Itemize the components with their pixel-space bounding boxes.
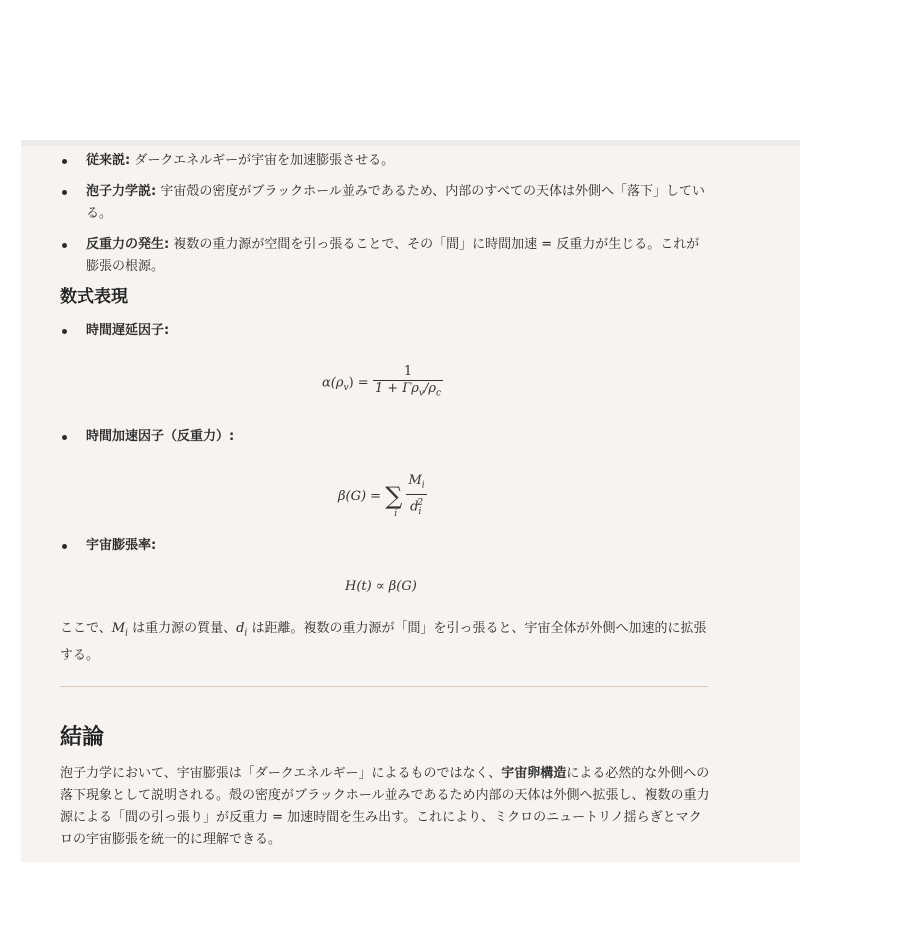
- alpha-den-part: 1 + Γρ: [375, 381, 419, 396]
- alpha-den-part: /ρ: [424, 381, 436, 396]
- section-divider: [60, 686, 708, 687]
- list-item-time-acceleration-factor: 時間加速因子（反重力）:: [60, 426, 234, 448]
- beta-numerator: Mi: [406, 473, 426, 495]
- sum-index: i: [394, 509, 397, 519]
- item-label: 反重力の発生:: [86, 237, 169, 252]
- list-item-time-delay-factor: 時間遅延因子:: [60, 320, 169, 342]
- bullet-icon: [62, 159, 67, 164]
- item-label: 時間加速因子（反重力）:: [86, 429, 234, 444]
- alpha-fraction: 1 1 + Γρv/ρc: [373, 364, 443, 402]
- list-item-conventional-theory: 従来説: ダークエネルギーが宇宙を加速膨張させる。: [60, 150, 710, 172]
- alpha-numerator: 1: [373, 364, 443, 381]
- emphasis-text: 宇宙卵構造: [501, 766, 566, 781]
- item-label: 時間遅延因子:: [86, 323, 169, 338]
- bullet-icon: [62, 329, 67, 334]
- bullet-icon: [62, 243, 67, 248]
- alpha-equals: ) =: [349, 375, 373, 390]
- item-text: ダークエネルギーが宇宙を加速膨張させる。: [134, 153, 394, 168]
- item-label: 泡子力学説:: [86, 184, 156, 199]
- panel-top-strip: [21, 140, 800, 146]
- text: ここで、: [60, 621, 112, 636]
- bullet-icon: [62, 435, 67, 440]
- item-text: 宇宙殻の密度がブラックホール並みであるため、内部のすべての天体は外側へ「落下」し…: [86, 184, 705, 221]
- math-section-heading: 数式表現: [60, 282, 128, 307]
- beta-num-sub: i: [422, 481, 425, 491]
- formula-beta: β(G) = ∑i Mi di2: [338, 473, 427, 520]
- item-label: 従来説:: [86, 153, 130, 168]
- sum-symbol: ∑: [385, 482, 402, 510]
- alpha-lhs: α(ρ: [322, 375, 344, 390]
- beta-num-var: M: [408, 473, 421, 488]
- theory-list: 従来説: ダークエネルギーが宇宙を加速膨張させる。 泡子力学説: 宇宙殻の密度が…: [60, 150, 710, 278]
- bullet-icon: [62, 544, 67, 549]
- list-item-expansion-rate: 宇宙膨張率:: [60, 535, 156, 557]
- beta-denominator: di2: [406, 495, 426, 520]
- var: M: [112, 621, 125, 636]
- conclusion-heading: 結論: [60, 720, 104, 751]
- formula-hubble: H(t) ∝ β(G): [345, 579, 417, 594]
- beta-den-sup: 2: [417, 498, 423, 508]
- text: 泡子力学において、宇宙膨張は「ダークエネルギー」によるものではなく、: [60, 766, 501, 781]
- list-item-antigravity: 反重力の発生: 複数の重力源が空間を引っ張ることで、その「間」に時間加速 = 反…: [60, 234, 710, 278]
- beta-fraction: Mi di2: [406, 473, 426, 520]
- beta-den-sub: i: [418, 507, 421, 517]
- document-panel: 従来説: ダークエネルギーが宇宙を加速膨張させる。 泡子力学説: 宇宙殻の密度が…: [21, 140, 800, 862]
- alpha-denominator: 1 + Γρv/ρc: [373, 381, 443, 402]
- var-distance: di: [236, 621, 247, 636]
- beta-lhs: β(G) =: [338, 489, 385, 504]
- bullet-icon: [62, 190, 67, 195]
- alpha-den-sub: c: [436, 389, 441, 399]
- explanation-paragraph: ここで、Mi は重力源の質量、di は距離。複数の重力源が「間」を引っ張ると、宇…: [60, 618, 710, 667]
- var-mass: Mi: [112, 621, 128, 636]
- list-item-bubble-theory: 泡子力学説: 宇宙殻の密度がブラックホール並みであるため、内部のすべての天体は外…: [60, 181, 710, 225]
- text: は重力源の質量、: [128, 621, 236, 636]
- item-text: 複数の重力源が空間を引っ張ることで、その「間」に時間加速 = 反重力が生じる。こ…: [86, 237, 699, 274]
- conclusion-paragraph: 泡子力学において、宇宙膨張は「ダークエネルギー」によるものではなく、宇宙卵構造に…: [60, 763, 710, 851]
- summation-icon: ∑i: [385, 482, 402, 510]
- item-label: 宇宙膨張率:: [86, 538, 156, 553]
- formula-alpha: α(ρv) = 1 1 + Γρv/ρc: [322, 364, 443, 402]
